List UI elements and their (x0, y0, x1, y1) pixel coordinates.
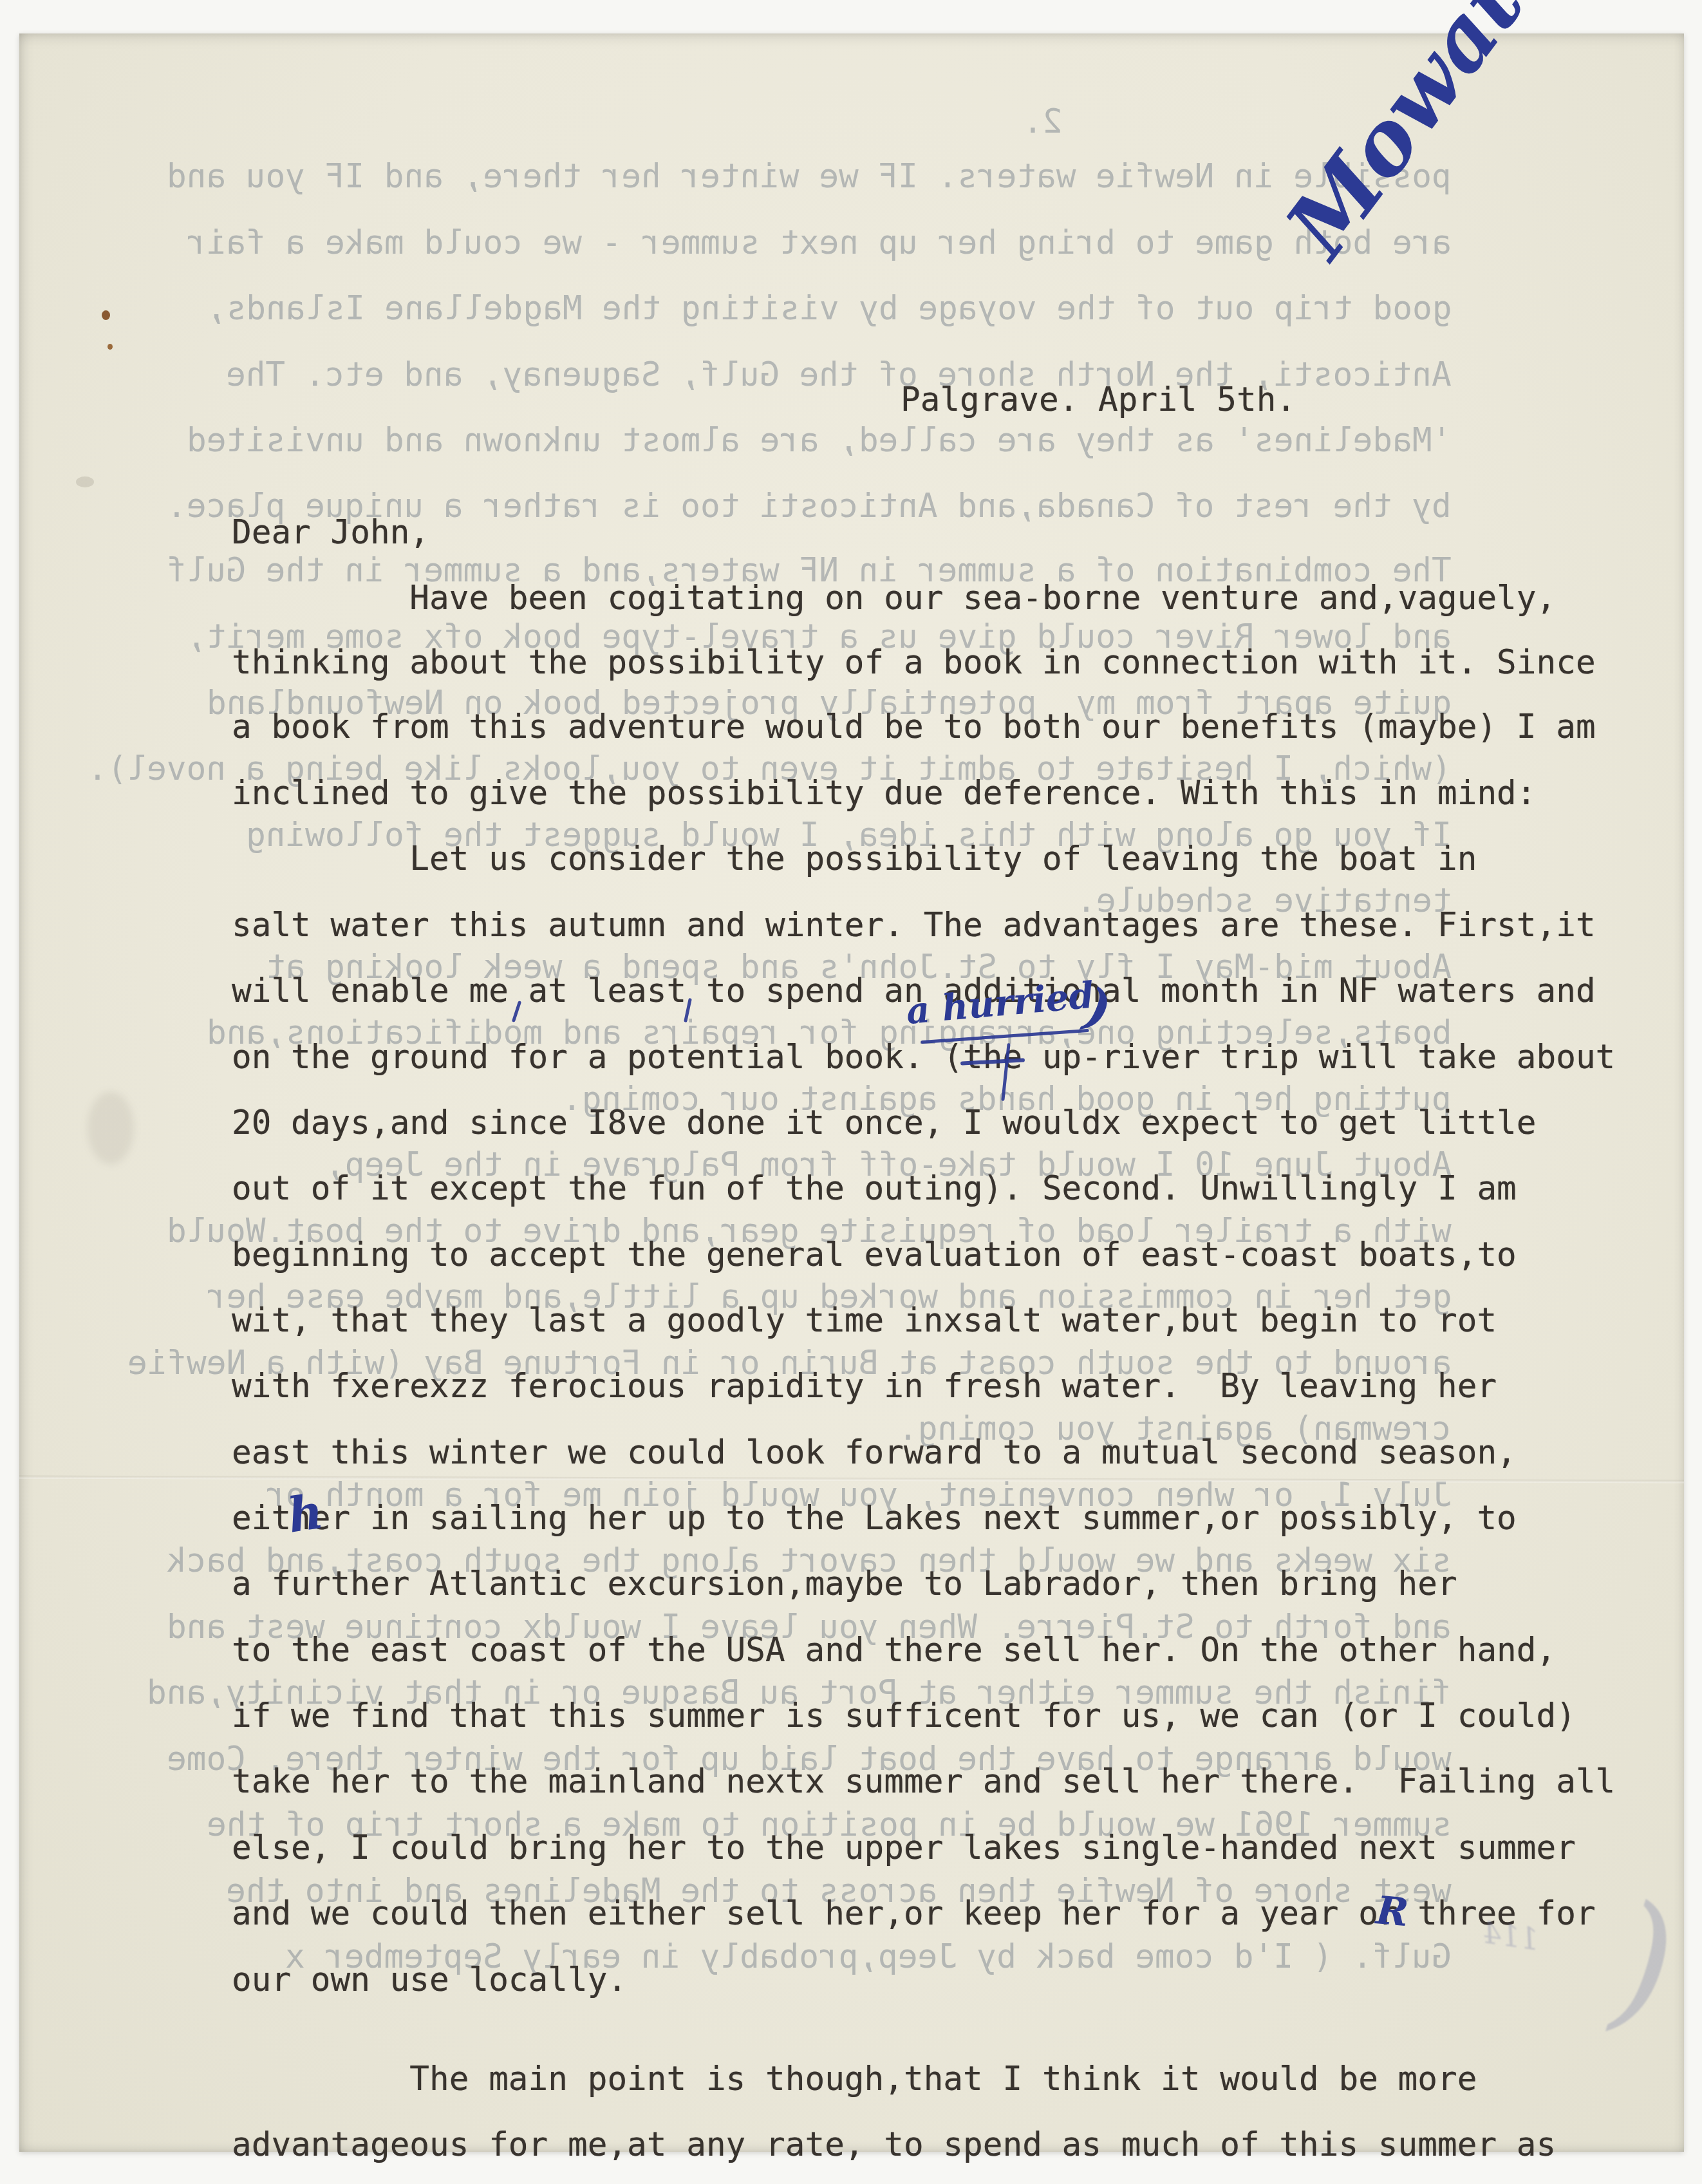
stain-smudge (88, 1092, 134, 1164)
typed-line: if we find that this summer is sufficent… (232, 1697, 1576, 1736)
rust-speck-1 (102, 310, 110, 320)
typed-line: advantageous for me,at any rate, to spen… (232, 2126, 1556, 2165)
crease-smudge (76, 476, 94, 487)
typed-line: take her to the mainland nextx summer an… (232, 1763, 1615, 1802)
typed-line: inclined to give the possibility due def… (232, 775, 1537, 813)
typed-line: 20 days,and since I8ve done it once, I w… (232, 1104, 1537, 1143)
typed-line: a further Atlantic excursion,maybe to La… (232, 1565, 1457, 1604)
bleedthrough-line: possible in Newfie waters. IF we winter … (167, 158, 1452, 196)
typed-line: The main point is though,that I think it… (232, 2060, 1477, 2099)
typed-line: Have been cogitating on our sea-borne ve… (232, 579, 1556, 618)
typed-line: else, I could bring her to the upper lak… (232, 1829, 1576, 1868)
typed-line: east this winter we could look forward t… (232, 1434, 1517, 1473)
typed-line: thinking about the possibility of a book… (232, 644, 1596, 682)
letter-scan: { "document": { "kind": "typewritten-let… (0, 0, 1702, 2184)
typed-line: out of it except the fun of the outing).… (232, 1170, 1517, 1209)
typed-line: Dear John, (232, 514, 429, 552)
bleedthrough-line: are both game to bring her up next summe… (187, 224, 1452, 263)
bleedthrough-line: 'Madelines' as they are called, are almo… (187, 422, 1452, 460)
typed-line: on the ground for a potential book. (the… (232, 1039, 1615, 1077)
typed-line: our own use locally. (232, 1961, 627, 2000)
typed-line: either in sailing her up to the Lakes ne… (232, 1500, 1517, 1538)
typed-line: Let us consider the possibility of leavi… (232, 840, 1477, 879)
dateline: Palgrave. April 5th. (901, 381, 1296, 420)
typed-line: salt water this autumn and winter. The a… (232, 907, 1596, 945)
typed-line: to the east coast of the USA and there s… (232, 1632, 1556, 1670)
typed-line: with fxerexzz ferocious rapidity in fres… (232, 1368, 1497, 1406)
typed-line: a book from this adventure would be to b… (232, 708, 1596, 747)
bleedthrough-page-number: 2. (1023, 103, 1062, 142)
typed-line: wit, that they last a goodly time inxsal… (232, 1302, 1497, 1341)
bleedthrough-line: good trip out of the voyage by visiting … (207, 290, 1452, 328)
typed-line: beginning to accept the general evaluati… (232, 1236, 1517, 1275)
rust-speck-2 (108, 344, 113, 350)
overwrite-r-year-or: R (1374, 1888, 1410, 1935)
